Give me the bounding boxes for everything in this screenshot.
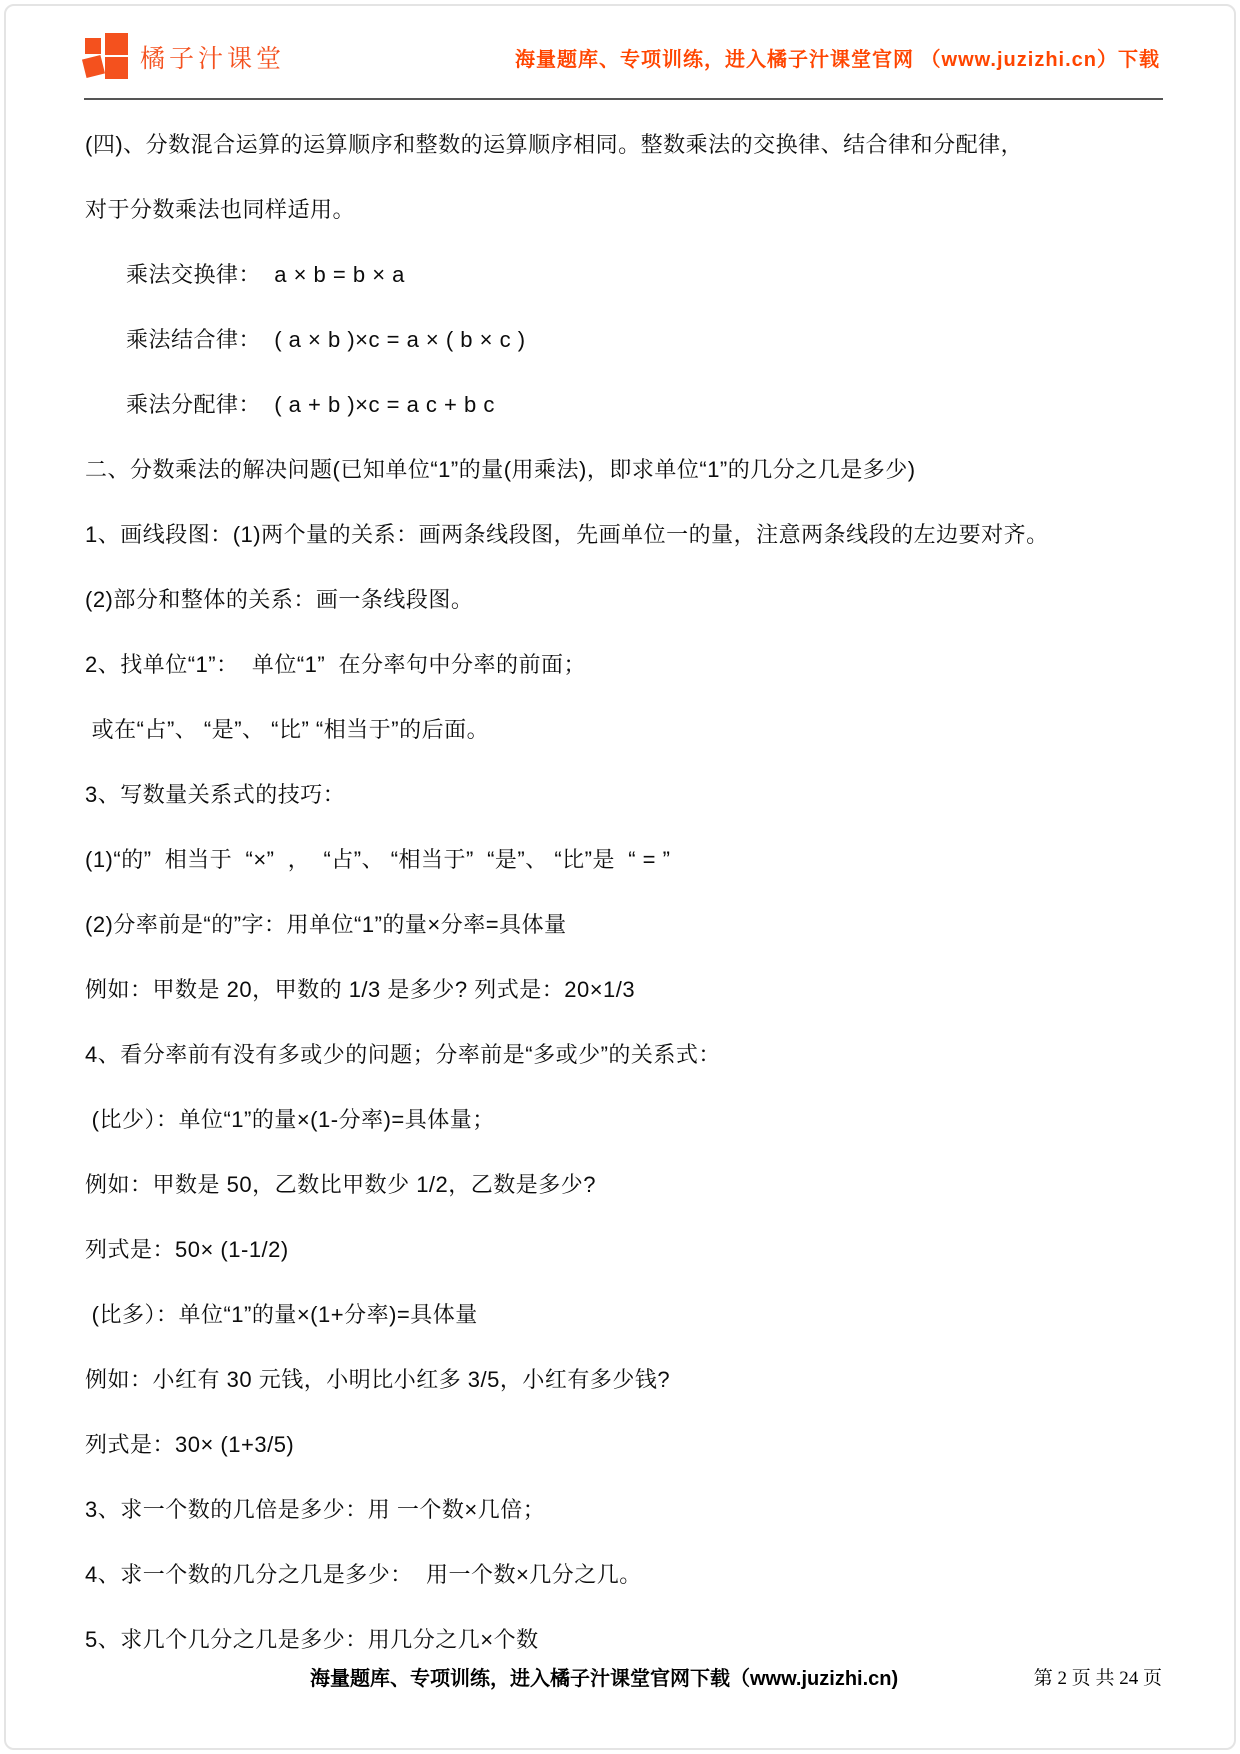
body-line: 4、求一个数的几分之几是多少： 用一个数×几分之几。 [85, 1541, 1162, 1606]
body-line: 例如：甲数是 20，甲数的 1/3 是多少? 列式是：20×1/3 [85, 956, 1162, 1021]
brand-name: 橘子汁课堂 [140, 39, 285, 75]
body-line: 例如：小红有 30 元钱，小明比小红多 3/5，小红有多少钱? [85, 1346, 1162, 1411]
logo-square-top-left [85, 38, 101, 54]
body-line: 或在“占”、 “是”、 “比” “相当于”的后面。 [85, 696, 1162, 761]
logo-square-bottom-left [82, 55, 105, 78]
page-footer: 海量题库、专项训练，进入橘子汁课堂官网下载（www.juzizhi.cn) 第 … [85, 1662, 1162, 1691]
body-line: (比多）：单位“1”的量×(1+分率)=具体量 [85, 1281, 1162, 1346]
body-line: 例如：甲数是 50，乙数比甲数少 1/2，乙数是多少? [85, 1151, 1162, 1216]
body-line: 乘法交换律： a × b = b × a [85, 241, 1162, 306]
body-line: 二、分数乘法的解决问题(已知单位“1”的量(用乘法)，即求单位“1”的几分之几是… [85, 436, 1162, 501]
page-header: 橘子汁课堂 海量题库、专项训练，进入橘子汁课堂官网 （www.juzizhi.c… [0, 0, 1240, 82]
document-body: (四)、分数混合运算的运算顺序和整数的运算顺序相同。整数乘法的交换律、结合律和分… [0, 100, 1240, 1671]
body-line: (2)分率前是“的”字：用单位“1”的量×分率=具体量 [85, 891, 1162, 956]
logo-square-top-right [105, 33, 128, 55]
body-line: 列式是：30× (1+3/5) [85, 1411, 1162, 1476]
body-line: (2)部分和整体的关系：画一条线段图。 [85, 566, 1162, 631]
header-promo-text: 海量题库、专项训练，进入橘子汁课堂官网 （www.juzizhi.cn）下载 [515, 43, 1160, 72]
body-line: 乘法分配律： ( a + b )×c = a c + b c [85, 371, 1162, 436]
body-line: (比少）：单位“1”的量×(1-分率)=具体量； [85, 1086, 1162, 1151]
body-line: 对于分数乘法也同样适用。 [85, 176, 1162, 241]
document-page: 橘子汁课堂 海量题库、专项训练，进入橘子汁课堂官网 （www.juzizhi.c… [0, 0, 1240, 1754]
body-line: (四)、分数混合运算的运算顺序和整数的运算顺序相同。整数乘法的交换律、结合律和分… [85, 111, 1162, 176]
brand: 橘子汁课堂 [84, 33, 285, 81]
body-line: 乘法结合律： ( a × b )×c = a × ( b × c ) [85, 306, 1162, 371]
body-line: (1)“的” 相当于 “×” ， “占”、 “相当于” “是”、 “比”是 “ … [85, 826, 1162, 891]
body-line: 列式是：50× (1-1/2) [85, 1216, 1162, 1281]
body-line: 4、看分率前有没有多或少的问题；分率前是“多或少”的关系式： [85, 1021, 1162, 1086]
body-line: 1、画线段图：(1)两个量的关系：画两条线段图，先画单位一的量，注意两条线段的左… [85, 501, 1162, 566]
page-number: 第 2 页 共 24 页 [1034, 1663, 1162, 1690]
brand-logo-icon [84, 33, 130, 81]
body-line: 2、找单位“1”： 单位“1” 在分率句中分率的前面； [85, 631, 1162, 696]
body-line: 3、写数量关系式的技巧： [85, 761, 1162, 826]
body-line: 3、求一个数的几倍是多少：用 一个数×几倍； [85, 1476, 1162, 1541]
footer-promo-text: 海量题库、专项训练，进入橘子汁课堂官网下载（www.juzizhi.cn) [310, 1662, 898, 1691]
logo-square-bottom-right [105, 57, 128, 79]
